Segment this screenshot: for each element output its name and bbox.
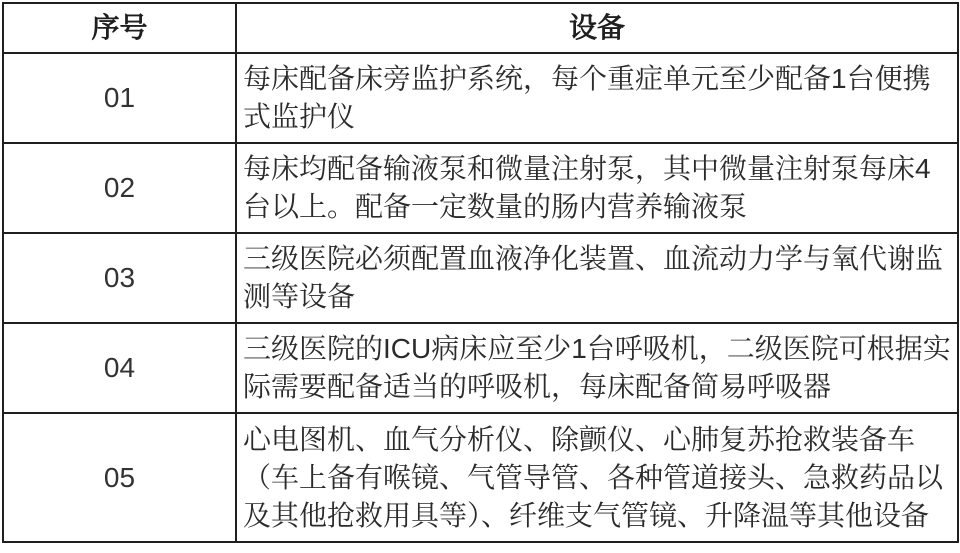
row-number-cell: 02	[3, 143, 236, 233]
header-row: 序号 设备	[3, 3, 958, 53]
row-number-cell: 01	[3, 53, 236, 143]
table-row: 02每床均配备输液泵和微量注射泵，其中微量注射泵每床4台以上。配备一定数量的肠内…	[3, 143, 958, 233]
table-body: 01每床配备床旁监护系统，每个重症单元至少配备1台便携式监护仪02每床均配备输液…	[3, 53, 958, 542]
table-row: 04三级医院的ICU病床应至少1台呼吸机，二级医院可根据实际需要配备适当的呼吸机…	[3, 323, 958, 413]
page: 序号 设备 01每床配备床旁监护系统，每个重症单元至少配备1台便携式监护仪02每…	[0, 0, 960, 553]
table-row: 03三级医院必须配置血液净化装置、血流动力学与氧代谢监测等设备	[3, 233, 958, 323]
equipment-description-cell: 每床配备床旁监护系统，每个重症单元至少配备1台便携式监护仪	[236, 53, 958, 143]
equipment-description-cell: 三级医院必须配置血液净化装置、血流动力学与氧代谢监测等设备	[236, 233, 958, 323]
column-header-equipment: 设备	[236, 3, 958, 53]
table-row: 05心电图机、血气分析仪、除颤仪、心肺复苏抢救装备车（车上备有喉镜、气管导管、各…	[3, 413, 958, 542]
equipment-description-cell: 心电图机、血气分析仪、除颤仪、心肺复苏抢救装备车（车上备有喉镜、气管导管、各种管…	[236, 413, 958, 542]
row-number-cell: 04	[3, 323, 236, 413]
equipment-table: 序号 设备 01每床配备床旁监护系统，每个重症单元至少配备1台便携式监护仪02每…	[2, 2, 959, 543]
row-number-cell: 05	[3, 413, 236, 542]
column-header-number: 序号	[3, 3, 236, 53]
equipment-description-cell: 每床均配备输液泵和微量注射泵，其中微量注射泵每床4台以上。配备一定数量的肠内营养…	[236, 143, 958, 233]
table-row: 01每床配备床旁监护系统，每个重症单元至少配备1台便携式监护仪	[3, 53, 958, 143]
equipment-description-cell: 三级医院的ICU病床应至少1台呼吸机，二级医院可根据实际需要配备适当的呼吸机，每…	[236, 323, 958, 413]
row-number-cell: 03	[3, 233, 236, 323]
